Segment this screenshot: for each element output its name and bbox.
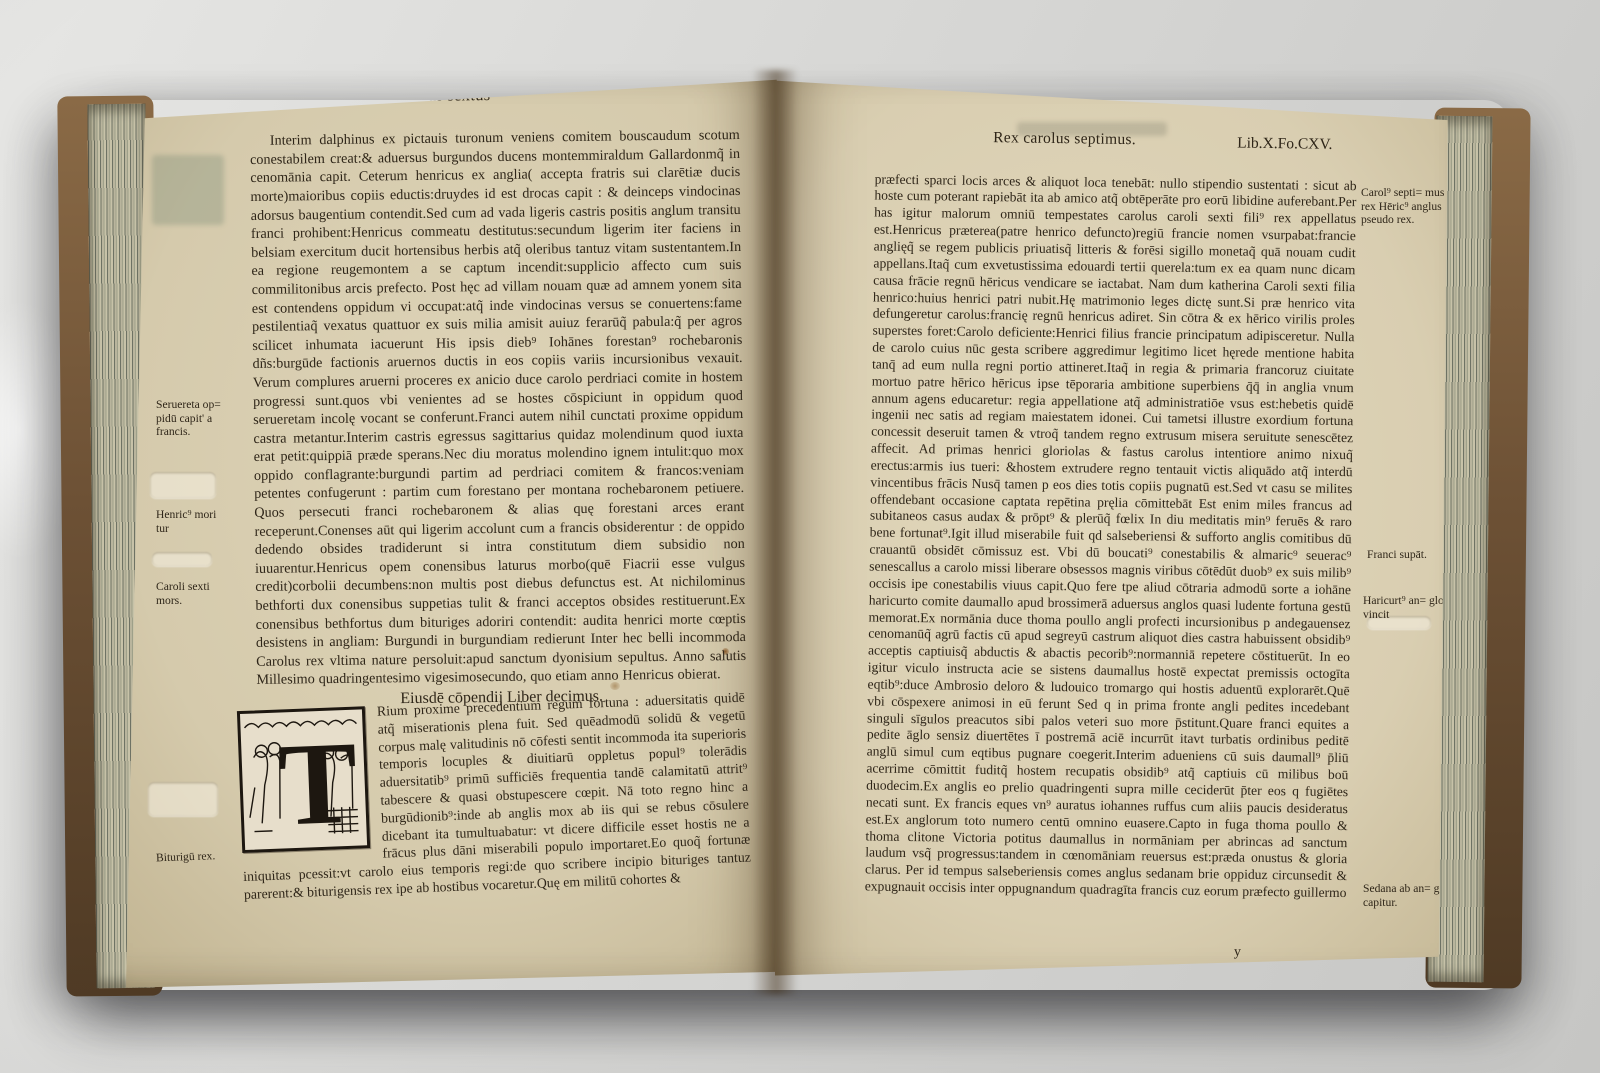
drop-cap-letter: T <box>276 717 360 850</box>
margin-note-right: Sedana ab an= glis capitur. <box>1363 882 1451 909</box>
woodcut-initial-T-art: T <box>240 709 367 850</box>
margin-note-left: Seruereta op= pidū capit' a francis. <box>156 398 232 439</box>
margin-note-left: Biturigū rex. <box>156 849 232 865</box>
margin-note-right: Franci supāt. <box>1367 548 1455 562</box>
running-header-right: Rex carolus septimus. <box>993 129 1136 149</box>
woodcut-initial-icon: T <box>237 706 370 853</box>
book-gutter-shadow <box>752 70 798 995</box>
body-text-left: Interim dalphinus ex pictauis turonum ve… <box>250 126 747 690</box>
margin-note-left: Henric⁹ mori tur <box>156 508 232 535</box>
body-text-right: præfecti sparci locis arces & aliquot lo… <box>865 171 1357 902</box>
signature-mark: y <box>1234 945 1241 961</box>
photograph-scene: Rex carolus sextus Interim dalphinus ex … <box>0 0 1600 1073</box>
right-page-text-layer: Rex carolus septimus. Lib.X.Fo.CXV. præf… <box>763 58 1454 1007</box>
margin-note-right: Haricurt⁹ an= glos vincit <box>1363 594 1451 621</box>
margin-note-right: Carol⁹ septi= mus rex Hēric⁹ anglus pseu… <box>1361 186 1449 227</box>
left-page: Rex carolus sextus Interim dalphinus ex … <box>110 60 778 1000</box>
opening-paragraph: T Rium proxime precedentium regum fortun… <box>237 689 752 904</box>
folio-number: Lib.X.Fo.CXV. <box>1237 135 1333 154</box>
right-page: Rex carolus septimus. Lib.X.Fo.CXV. præf… <box>775 60 1453 1000</box>
margin-note-left: Caroli sexti mors. <box>156 580 232 607</box>
